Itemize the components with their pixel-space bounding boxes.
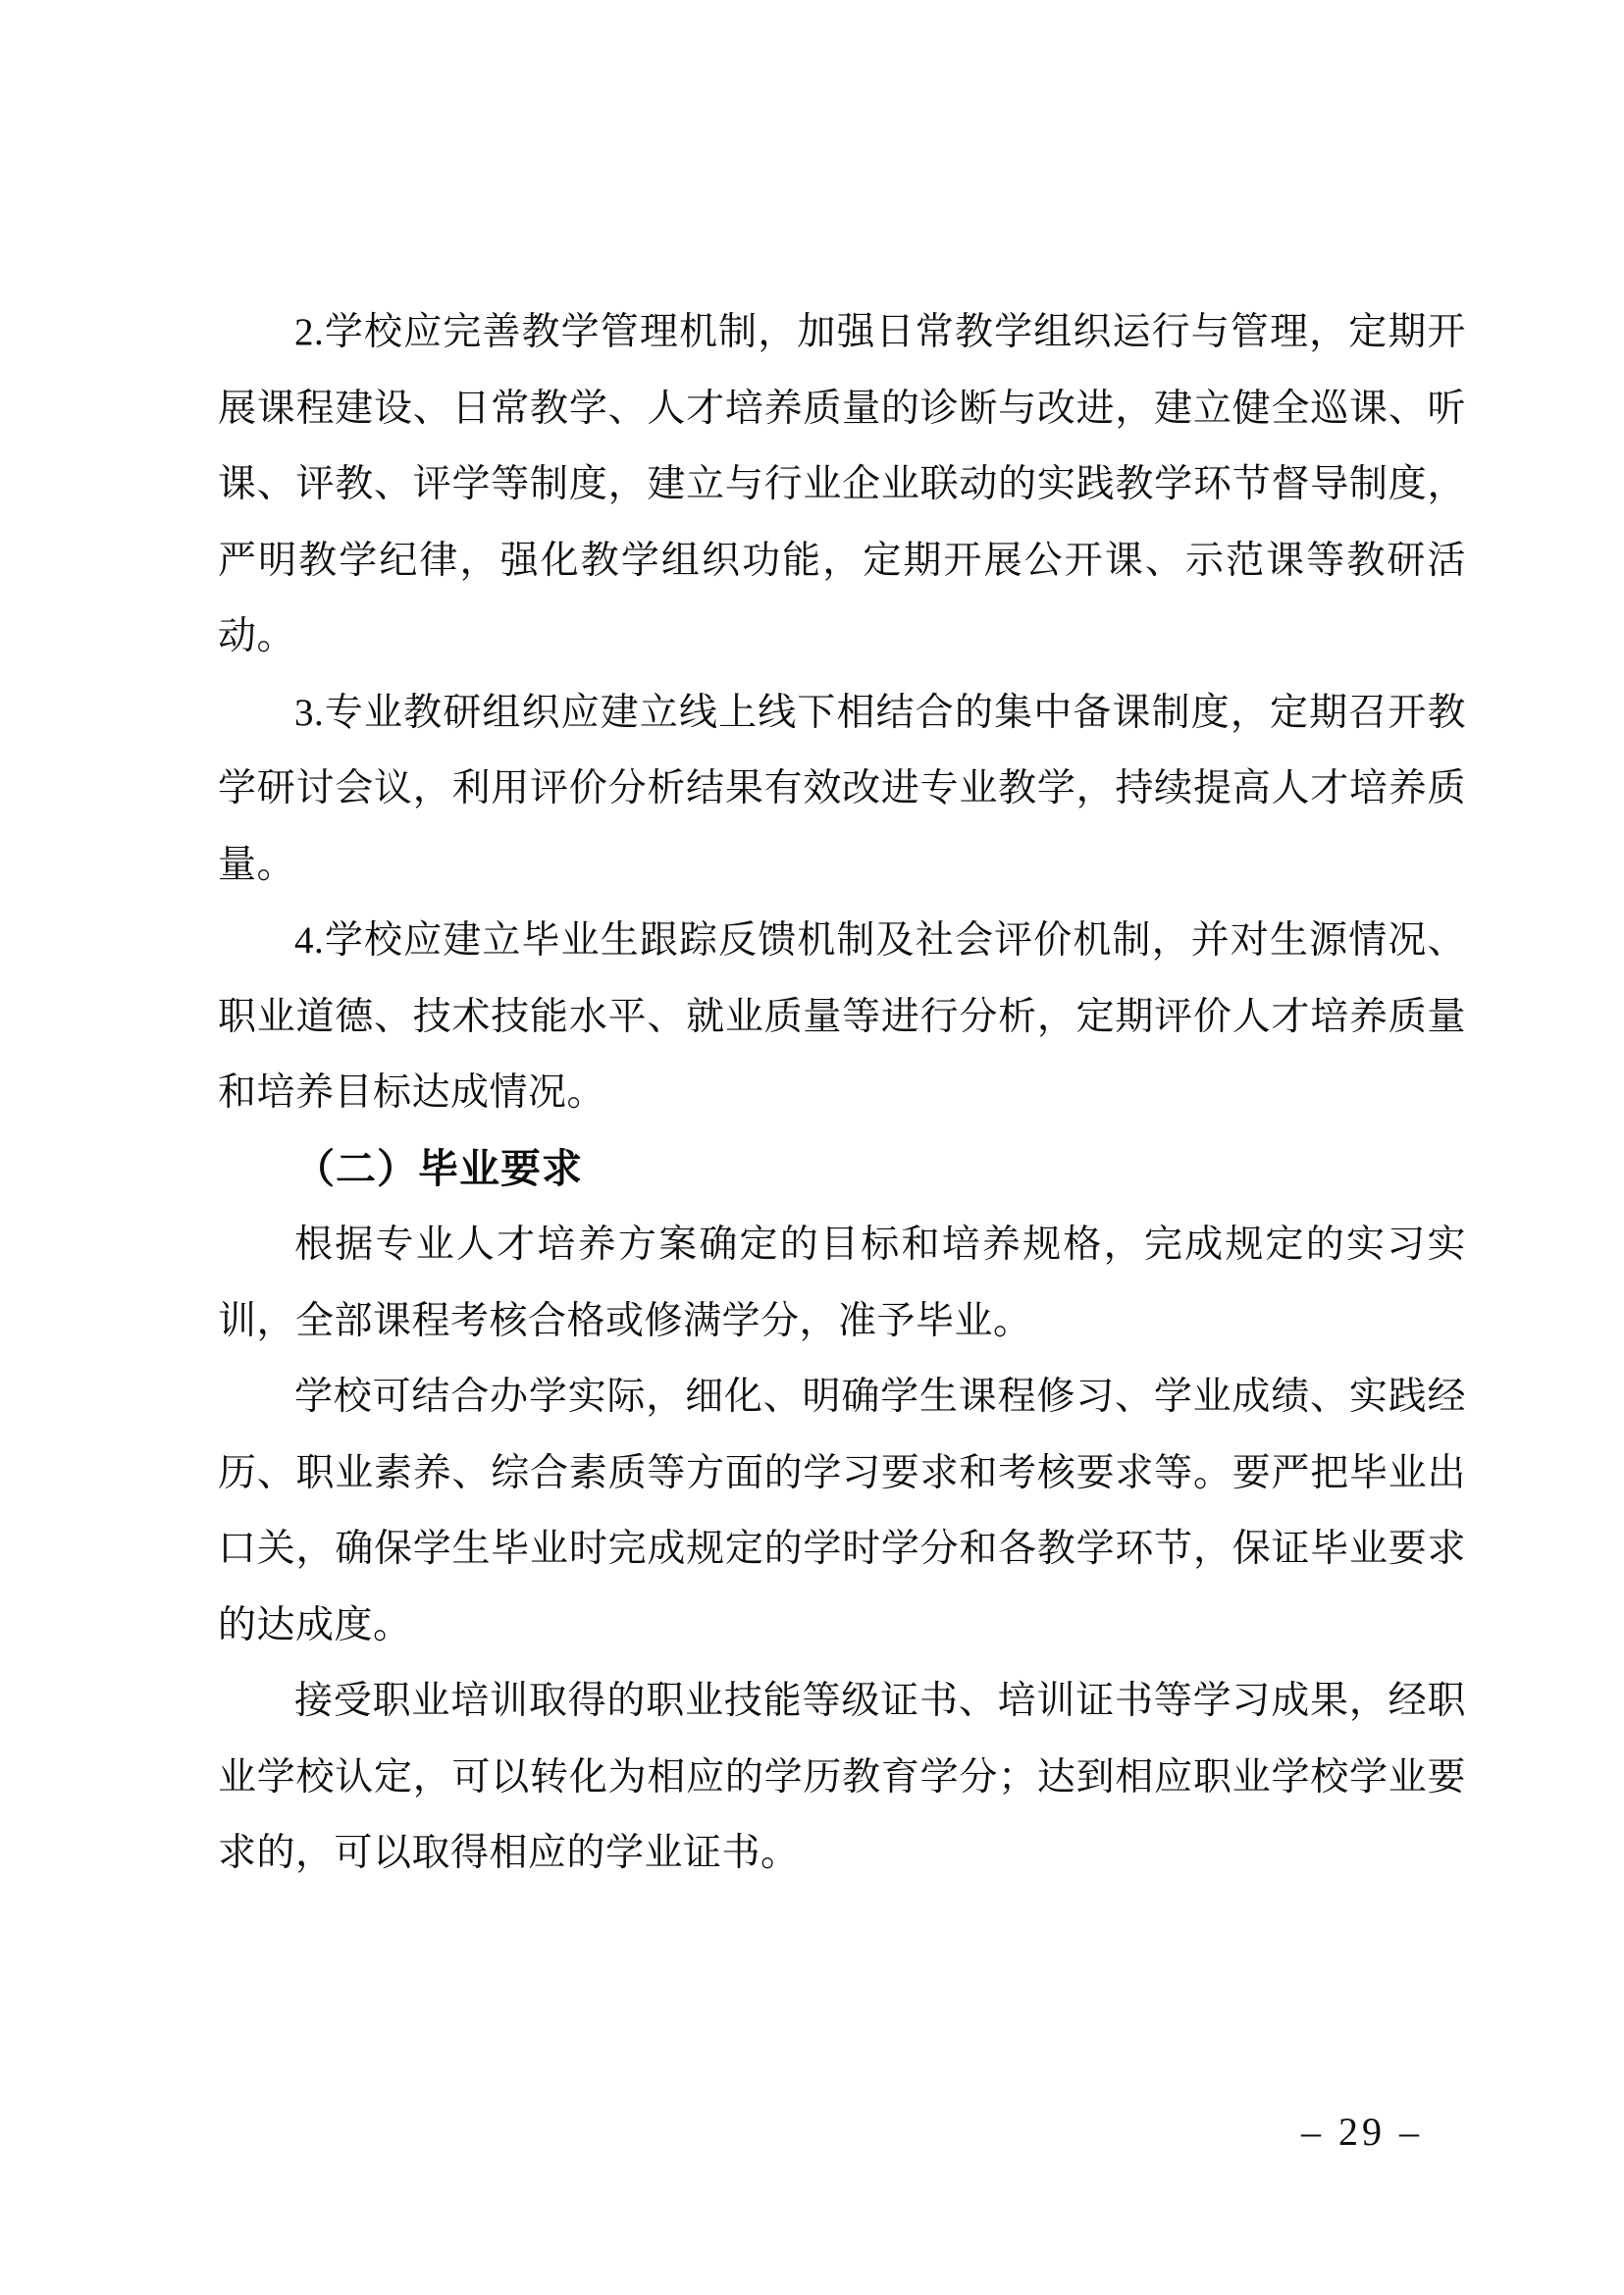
document-body: 2.学校应完善教学管理机制，加强日常教学组织运行与管理，定期开展课程建设、日常教… xyxy=(218,294,1466,1892)
paragraph: 3.专业教研组织应建立线上线下相结合的集中备课制度，定期召开教学研讨会议，利用评… xyxy=(218,675,1466,904)
paragraph: 2.学校应完善教学管理机制，加强日常教学组织运行与管理，定期开展课程建设、日常教… xyxy=(218,294,1466,675)
document-page: 2.学校应完善教学管理机制，加强日常教学组织运行与管理，定期开展课程建设、日常教… xyxy=(0,0,1624,2295)
section-heading: （二）毕业要求 xyxy=(218,1131,1466,1208)
paragraph: 4.学校应建立毕业生跟踪反馈机制及社会评价机制，并对生源情况、职业道德、技术技能… xyxy=(218,903,1466,1131)
paragraph: 接受职业培训取得的职业技能等级证书、培训证书等学习成果，经职业学校认定，可以转化… xyxy=(218,1663,1466,1892)
page-number: – 29 – xyxy=(1301,2109,1423,2156)
paragraph: 学校可结合办学实际，细化、明确学生课程修习、学业成绩、实践经历、职业素养、综合素… xyxy=(218,1359,1466,1663)
paragraph: 根据专业人才培养方案确定的目标和培养规格，完成规定的实习实训，全部课程考核合格或… xyxy=(218,1207,1466,1359)
